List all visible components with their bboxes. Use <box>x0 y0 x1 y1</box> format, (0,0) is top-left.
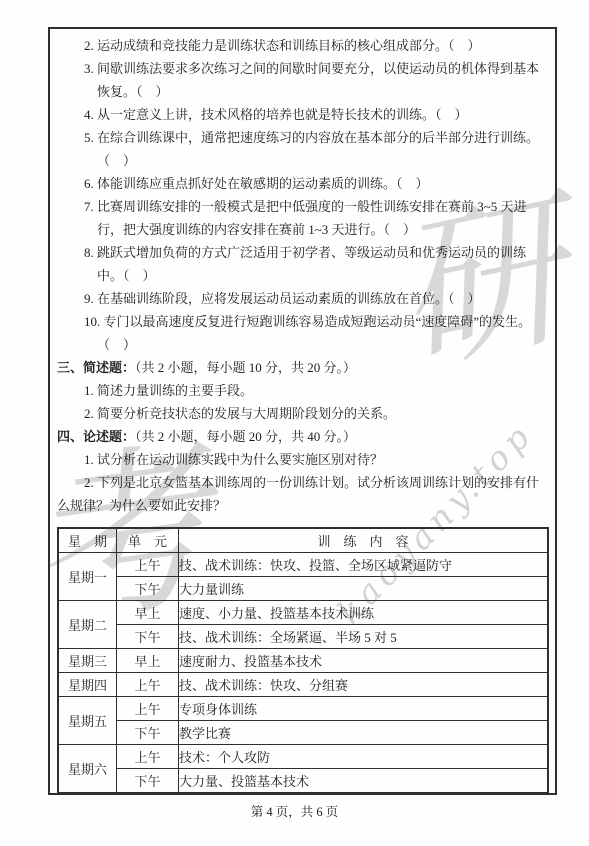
tf-question: 2. 运动成绩和竞技能力是训练状态和训练目标的核心组成部分。（ ） <box>57 34 549 57</box>
table-row: 下午 大力量、投篮基本技术 <box>58 769 548 794</box>
page-border: 2. 运动成绩和竞技能力是训练状态和训练目标的核心组成部分。（ ） 3. 间歇训… <box>48 27 557 795</box>
page-number: 第 4 页，共 6 页 <box>0 804 589 820</box>
unit-cell: 上午 <box>117 673 179 697</box>
section-heading: 四、论述题：（共 2 小题，每小题 20 分，共 40 分。） <box>57 425 549 448</box>
content-cell: 技、战术训练：快攻、分组赛 <box>179 673 549 697</box>
unit-cell: 早上 <box>117 601 179 625</box>
content-cell: 专项身体训练 <box>179 697 549 721</box>
content-cell: 技术：个人攻防 <box>179 745 549 769</box>
exam-page: 考 研 kaoyany.top 2. 运动成绩和竞技能力是训练状态和训练目标的核… <box>0 0 589 846</box>
tf-question: 3. 间歇训练法要求多次练习之间的间歇时间要充分，以使运动员的机体得到基本恢复。… <box>57 57 549 103</box>
table-row: 星期二 早上 速度、小力量、投篮基本技术训练 <box>58 601 548 625</box>
tf-question: 8. 跳跃式增加负荷的方式广泛适用于初学者、等级运动员和优秀运动员的训练中。（ … <box>57 241 549 287</box>
unit-cell: 上午 <box>117 553 179 577</box>
unit-cell: 早上 <box>117 649 179 673</box>
tf-question: 7. 比赛周训练安排的一般模式是把中低强度的一般性训练安排在赛前 3~5 天进行… <box>57 195 549 241</box>
training-schedule-table: 星 期 单 元 训 练 内 容 星期一 上午 技、战术训练：快攻、投篮、全场区域… <box>57 527 549 794</box>
content-cell: 技、战术训练：全场紧逼、半场 5 对 5 <box>179 625 549 649</box>
content-cell: 大力量训练 <box>179 577 549 601</box>
section-meta: （共 2 小题，每小题 20 分，共 40 分。） <box>135 429 356 444</box>
table-row: 下午 大力量训练 <box>58 577 548 601</box>
content-cell: 大力量、投篮基本技术 <box>179 769 549 794</box>
unit-cell: 上午 <box>117 745 179 769</box>
content-cell: 技、战术训练：快攻、投篮、全场区域紧逼防守 <box>179 553 549 577</box>
table-row: 星期一 上午 技、战术训练：快攻、投篮、全场区域紧逼防守 <box>58 553 548 577</box>
sub-question: 2. 下列是北京女篮基本训练周的一份训练计划。试分析该周训练计划的安排有什么规律… <box>57 471 549 517</box>
tf-question: 10. 专门以最高速度反复进行短跑训练容易造成短跑运动员“速度障碍”的发生。（ … <box>57 310 549 356</box>
unit-cell: 下午 <box>117 769 179 794</box>
section-meta: （共 2 小题，每小题 10 分，共 20 分。） <box>135 360 356 375</box>
section-essay: 四、论述题：（共 2 小题，每小题 20 分，共 40 分。） 1. 试分析在运… <box>57 425 549 517</box>
day-cell: 星期三 <box>58 649 117 673</box>
tf-question: 5. 在综合训练课中，通常把速度练习的内容放在基本部分的后半部分进行训练。（ ） <box>57 126 549 172</box>
unit-cell: 上午 <box>117 697 179 721</box>
content-cell: 速度、小力量、投篮基本技术训练 <box>179 601 549 625</box>
day-cell: 星期六 <box>58 745 117 794</box>
unit-cell: 下午 <box>117 721 179 745</box>
content-cell: 速度耐力、投篮基本技术 <box>179 649 549 673</box>
col-header-day: 星 期 <box>58 528 117 553</box>
table-row: 星期三 早上 速度耐力、投篮基本技术 <box>58 649 548 673</box>
sub-question: 1. 试分析在运动训练实践中为什么要实施区别对待？ <box>57 448 549 471</box>
unit-cell: 下午 <box>117 625 179 649</box>
section-title: 三、简述题： <box>57 360 135 375</box>
table-row: 星期四 上午 技、战术训练：快攻、分组赛 <box>58 673 548 697</box>
table-row: 下午 教学比赛 <box>58 721 548 745</box>
section-short-answer: 三、简述题：（共 2 小题，每小题 10 分，共 20 分。） 1. 简述力量训… <box>57 356 549 425</box>
col-header-unit: 单 元 <box>117 528 179 553</box>
table-row: 星期六 上午 技术：个人攻防 <box>58 745 548 769</box>
col-header-content: 训 练 内 容 <box>179 528 549 553</box>
tf-question: 6. 体能训练应重点抓好处在敏感期的运动素质的训练。（ ） <box>57 172 549 195</box>
section-title: 四、论述题： <box>57 429 135 444</box>
tf-question: 9. 在基础训练阶段，应将发展运动员运动素质的训练放在首位。（ ） <box>57 287 549 310</box>
table-row: 下午 技、战术训练：全场紧逼、半场 5 对 5 <box>58 625 548 649</box>
day-cell: 星期二 <box>58 601 117 649</box>
unit-cell: 下午 <box>117 577 179 601</box>
table-row: 星期五 上午 专项身体训练 <box>58 697 548 721</box>
content-cell: 教学比赛 <box>179 721 549 745</box>
day-cell: 星期五 <box>58 697 117 745</box>
sub-question: 2. 简要分析竞技状态的发展与大周期阶段划分的关系。 <box>57 402 549 425</box>
day-cell: 星期四 <box>58 673 117 697</box>
tf-question: 4. 从一定意义上讲，技术风格的培养也就是特长技术的训练。（ ） <box>57 103 549 126</box>
table-header-row: 星 期 单 元 训 练 内 容 <box>58 528 548 553</box>
section-heading: 三、简述题：（共 2 小题，每小题 10 分，共 20 分。） <box>57 356 549 379</box>
sub-question: 1. 简述力量训练的主要手段。 <box>57 379 549 402</box>
day-cell: 星期一 <box>58 553 117 601</box>
